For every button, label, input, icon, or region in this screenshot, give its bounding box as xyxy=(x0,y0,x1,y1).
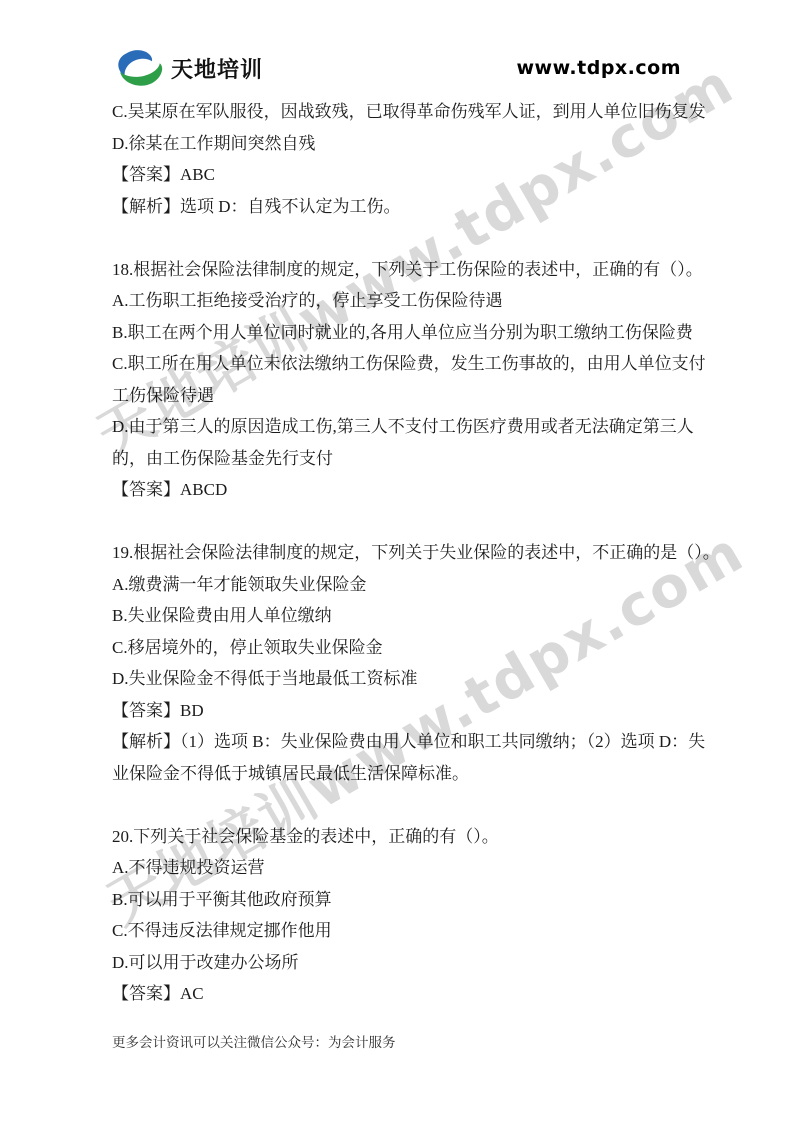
text-line: D.徐某在工作期间突然自残 xyxy=(112,128,690,160)
text-line: 的，由工伤保险基金先行支付 xyxy=(112,443,690,475)
text-line: A.工伤职工拒绝接受治疗的，停止享受工伤保险待遇 xyxy=(112,285,690,317)
text-line: C.吴某原在军队服役，因战致残，已取得革命伤残军人证，到用人单位旧伤复发 xyxy=(112,96,690,128)
text-line: 20.下列关于社会保险基金的表述中，正确的有（）。 xyxy=(112,821,690,853)
text-line: A.缴费满一年才能领取失业保险金 xyxy=(112,569,690,601)
text-line: B.可以用于平衡其他政府预算 xyxy=(112,884,690,916)
website-url: www.tdpx.com xyxy=(516,57,681,79)
text-line: C.不得违反法律规定挪作他用 xyxy=(112,915,690,947)
document-page: 天地培训www.tdpx.com 天地培训www.tdpx.com 天地培训 w… xyxy=(0,0,793,1122)
text-line: 【答案】ABC xyxy=(112,159,690,191)
question-19: 19.根据社会保险法律制度的规定，下列关于失业保险的表述中，不正确的是（）。A.… xyxy=(112,537,690,789)
text-line: 【答案】AC xyxy=(112,978,690,1010)
text-line: 工伤保险待遇 xyxy=(112,380,690,412)
text-line: A.不得违规投资运营 xyxy=(112,852,690,884)
text-line: D.由于第三人的原因造成工伤,第三人不支付工伤医疗费用或者无法确定第三人 xyxy=(112,411,690,443)
text-line: 【答案】ABCD xyxy=(112,474,690,506)
text-line: 【解析】（1）选项 B：失业保险费由用人单位和职工共同缴纳；（2）选项 D：失 xyxy=(112,726,690,758)
text-line: 【答案】BD xyxy=(112,695,690,727)
text-line: C.职工所在用人单位未依法缴纳工伤保险费，发生工伤事故的，由用人单位支付 xyxy=(112,348,690,380)
question-18: 18.根据社会保险法律制度的规定，下列关于工伤保险的表述中，正确的有（）。A.工… xyxy=(112,254,690,506)
footer-note: 更多会计资讯可以关注微信公众号：为会计服务 xyxy=(112,1031,396,1051)
question-20: 20.下列关于社会保险基金的表述中，正确的有（）。A.不得违规投资运营B.可以用… xyxy=(112,821,690,1010)
text-line: 19.根据社会保险法律制度的规定，下列关于失业保险的表述中，不正确的是（）。 xyxy=(112,537,690,569)
brand-logo: 天地培训 xyxy=(117,48,263,88)
question-17-tail: C.吴某原在军队服役，因战致残，已取得革命伤残军人证，到用人单位旧伤复发D.徐某… xyxy=(112,96,690,222)
text-line: D.可以用于改建办公场所 xyxy=(112,947,690,979)
brand-text: 天地培训 xyxy=(171,53,263,84)
text-line: 【解析】选项 D：自残不认定为工伤。 xyxy=(112,191,690,223)
text-line: B.失业保险费由用人单位缴纳 xyxy=(112,600,690,632)
text-line: D.失业保险金不得低于当地最低工资标准 xyxy=(112,663,690,695)
text-line: 业保险金不得低于城镇居民最低生活保障标准。 xyxy=(112,758,690,790)
text-line: B.职工在两个用人单位同时就业的,各用人单位应当分别为职工缴纳工伤保险费 xyxy=(112,317,690,349)
text-line: 18.根据社会保险法律制度的规定，下列关于工伤保险的表述中，正确的有（）。 xyxy=(112,254,690,286)
text-line: C.移居境外的，停止领取失业保险金 xyxy=(112,632,690,664)
content-blocks: C.吴某原在军队服役，因战致残，已取得革命伤残军人证，到用人单位旧伤复发D.徐某… xyxy=(112,96,690,1041)
page-header: 天地培训 www.tdpx.com xyxy=(0,0,793,96)
swirl-logo-icon xyxy=(117,48,165,88)
